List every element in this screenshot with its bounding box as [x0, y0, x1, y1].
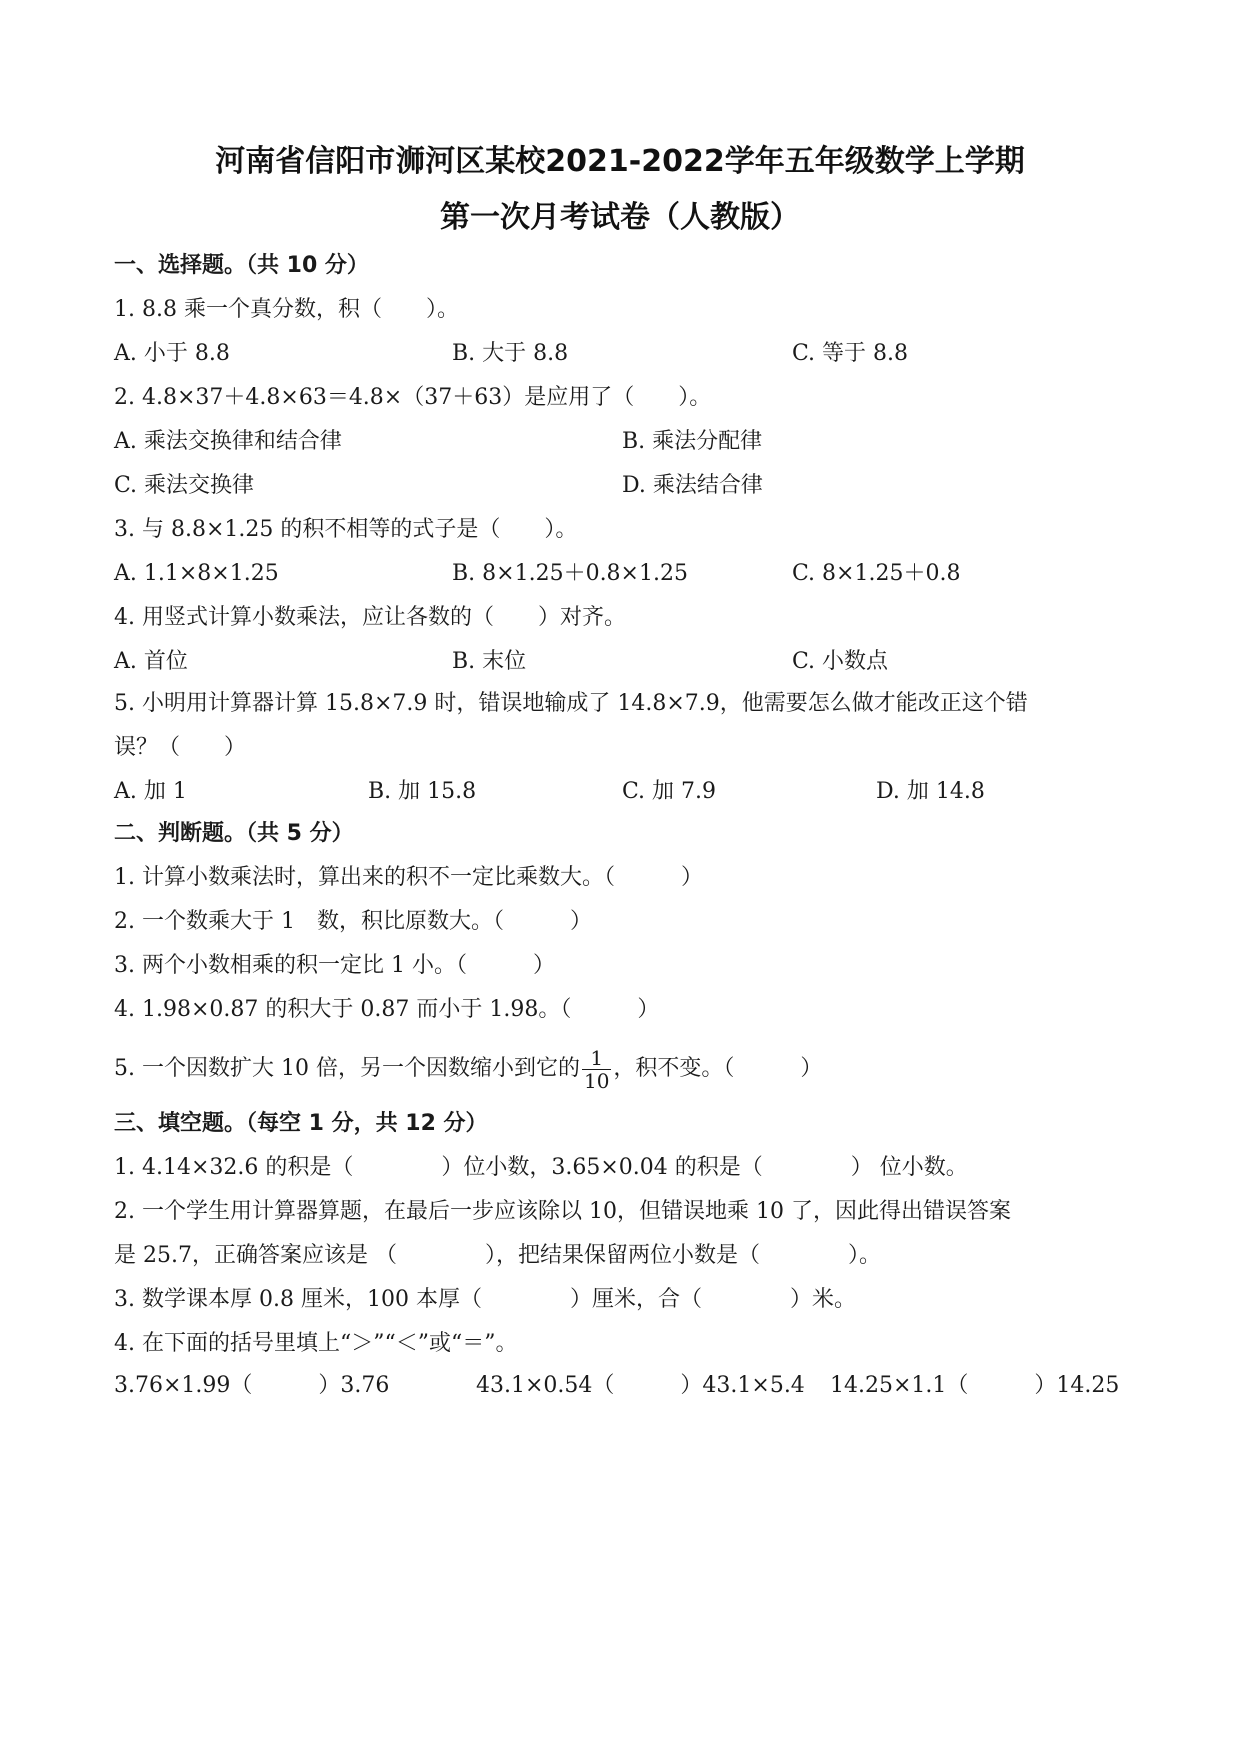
choice-q4-stem: 4. 用竖式计算小数乘法，应让各数的（ ）对齐。: [114, 604, 626, 632]
exam-title-line2: 第一次月考试卷（人教版）: [0, 192, 1240, 236]
fraction-numerator: 1: [582, 1047, 611, 1070]
judge-q1: 1. 计算小数乘法时，算出来的积不一定比乘数大。（ ）: [114, 864, 703, 892]
compare-item-2: 43.1×0.54（ ）43.1×5.4: [476, 1372, 805, 1400]
choice-q5-stem-line1: 5. 小明用计算器计算 15.8×7.9 时，错误地输成了 14.8×7.9，他…: [114, 690, 1028, 718]
choice-q3-stem: 3. 与 8.8×1.25 的积不相等的式子是（ ）。: [114, 516, 577, 544]
choice-q1-option-b[interactable]: B. 大于 8.8: [452, 340, 568, 368]
fill-q1: 1. 4.14×32.6 的积是（ ）位小数，3.65×0.04 的积是（ ） …: [114, 1154, 968, 1182]
judge-q3: 3. 两个小数相乘的积一定比 1 小。（ ）: [114, 952, 555, 980]
fill-q2-line1: 2. 一个学生用计算器算题，在最后一步应该除以 10，但错误地乘 10 了，因此…: [114, 1198, 1011, 1226]
choice-q5-option-a[interactable]: A. 加 1: [114, 778, 187, 806]
fraction-one-tenth: 110: [582, 1047, 611, 1092]
compare-item-1: 3.76×1.99（ ）3.76: [114, 1372, 389, 1400]
section-heading-choice: 一、选择题。（共 10 分）: [114, 252, 369, 280]
choice-q4-option-b[interactable]: B. 末位: [452, 648, 526, 676]
choice-q3-option-c[interactable]: C. 8×1.25＋0.8: [792, 560, 960, 588]
choice-q3-option-b[interactable]: B. 8×1.25＋0.8×1.25: [452, 560, 688, 588]
compare-item-3: 14.25×1.1（ ）14.25: [830, 1372, 1119, 1400]
choice-q2-option-b[interactable]: B. 乘法分配律: [622, 428, 762, 456]
choice-q2-stem: 2. 4.8×37＋4.8×63＝4.8×（37＋63）是应用了（ ）。: [114, 384, 711, 412]
choice-q2-option-a[interactable]: A. 乘法交换律和结合律: [114, 428, 342, 456]
choice-q5-stem-line2: 误？（ ）: [114, 734, 246, 762]
choice-q2-option-c[interactable]: C. 乘法交换律: [114, 472, 254, 500]
fraction-denominator: 10: [582, 1070, 611, 1092]
judge-q5-before: 5. 一个因数扩大 10 倍，另一个因数缩小到它的: [114, 1056, 580, 1081]
exam-page: 河南省信阳市浉河区某校2021-2022学年五年级数学上学期 第一次月考试卷（人…: [0, 0, 1240, 1753]
exam-title-line1: 河南省信阳市浉河区某校2021-2022学年五年级数学上学期: [0, 136, 1240, 180]
judge-q2: 2. 一个数乘大于 1 数，积比原数大。（ ）: [114, 908, 592, 936]
judge-q4: 4. 1.98×0.87 的积大于 0.87 而小于 1.98。（ ）: [114, 996, 659, 1024]
choice-q1-option-a[interactable]: A. 小于 8.8: [114, 340, 230, 368]
choice-q5-option-d[interactable]: D. 加 14.8: [876, 778, 985, 806]
judge-q5-after: ，积不变。（ ）: [613, 1056, 822, 1081]
choice-q4-option-c[interactable]: C. 小数点: [792, 648, 888, 676]
judge-q5: 5. 一个因数扩大 10 倍，另一个因数缩小到它的110，积不变。（ ）: [114, 1044, 822, 1094]
choice-q5-option-c[interactable]: C. 加 7.9: [622, 778, 716, 806]
fill-q3: 3. 数学课本厚 0.8 厘米，100 本厚（ ）厘米，合（ ）米。: [114, 1286, 856, 1314]
choice-q4-option-a[interactable]: A. 首位: [114, 648, 188, 676]
section-heading-judge: 二、判断题。（共 5 分）: [114, 820, 354, 848]
choice-q1-option-c[interactable]: C. 等于 8.8: [792, 340, 908, 368]
choice-q3-option-a[interactable]: A. 1.1×8×1.25: [114, 560, 279, 588]
choice-q1-stem: 1. 8.8 乘一个真分数，积（ ）。: [114, 296, 459, 324]
choice-q2-option-d[interactable]: D. 乘法结合律: [622, 472, 763, 500]
section-heading-fill: 三、填空题。（每空 1 分，共 12 分）: [114, 1110, 488, 1138]
choice-q5-option-b[interactable]: B. 加 15.8: [368, 778, 476, 806]
fill-q4-stem: 4. 在下面的括号里填上“＞”“＜”或“＝”。: [114, 1330, 517, 1358]
fill-q2-line2: 是 25.7，正确答案应该是 （ ），把结果保留两位小数是（ ）。: [114, 1242, 881, 1270]
